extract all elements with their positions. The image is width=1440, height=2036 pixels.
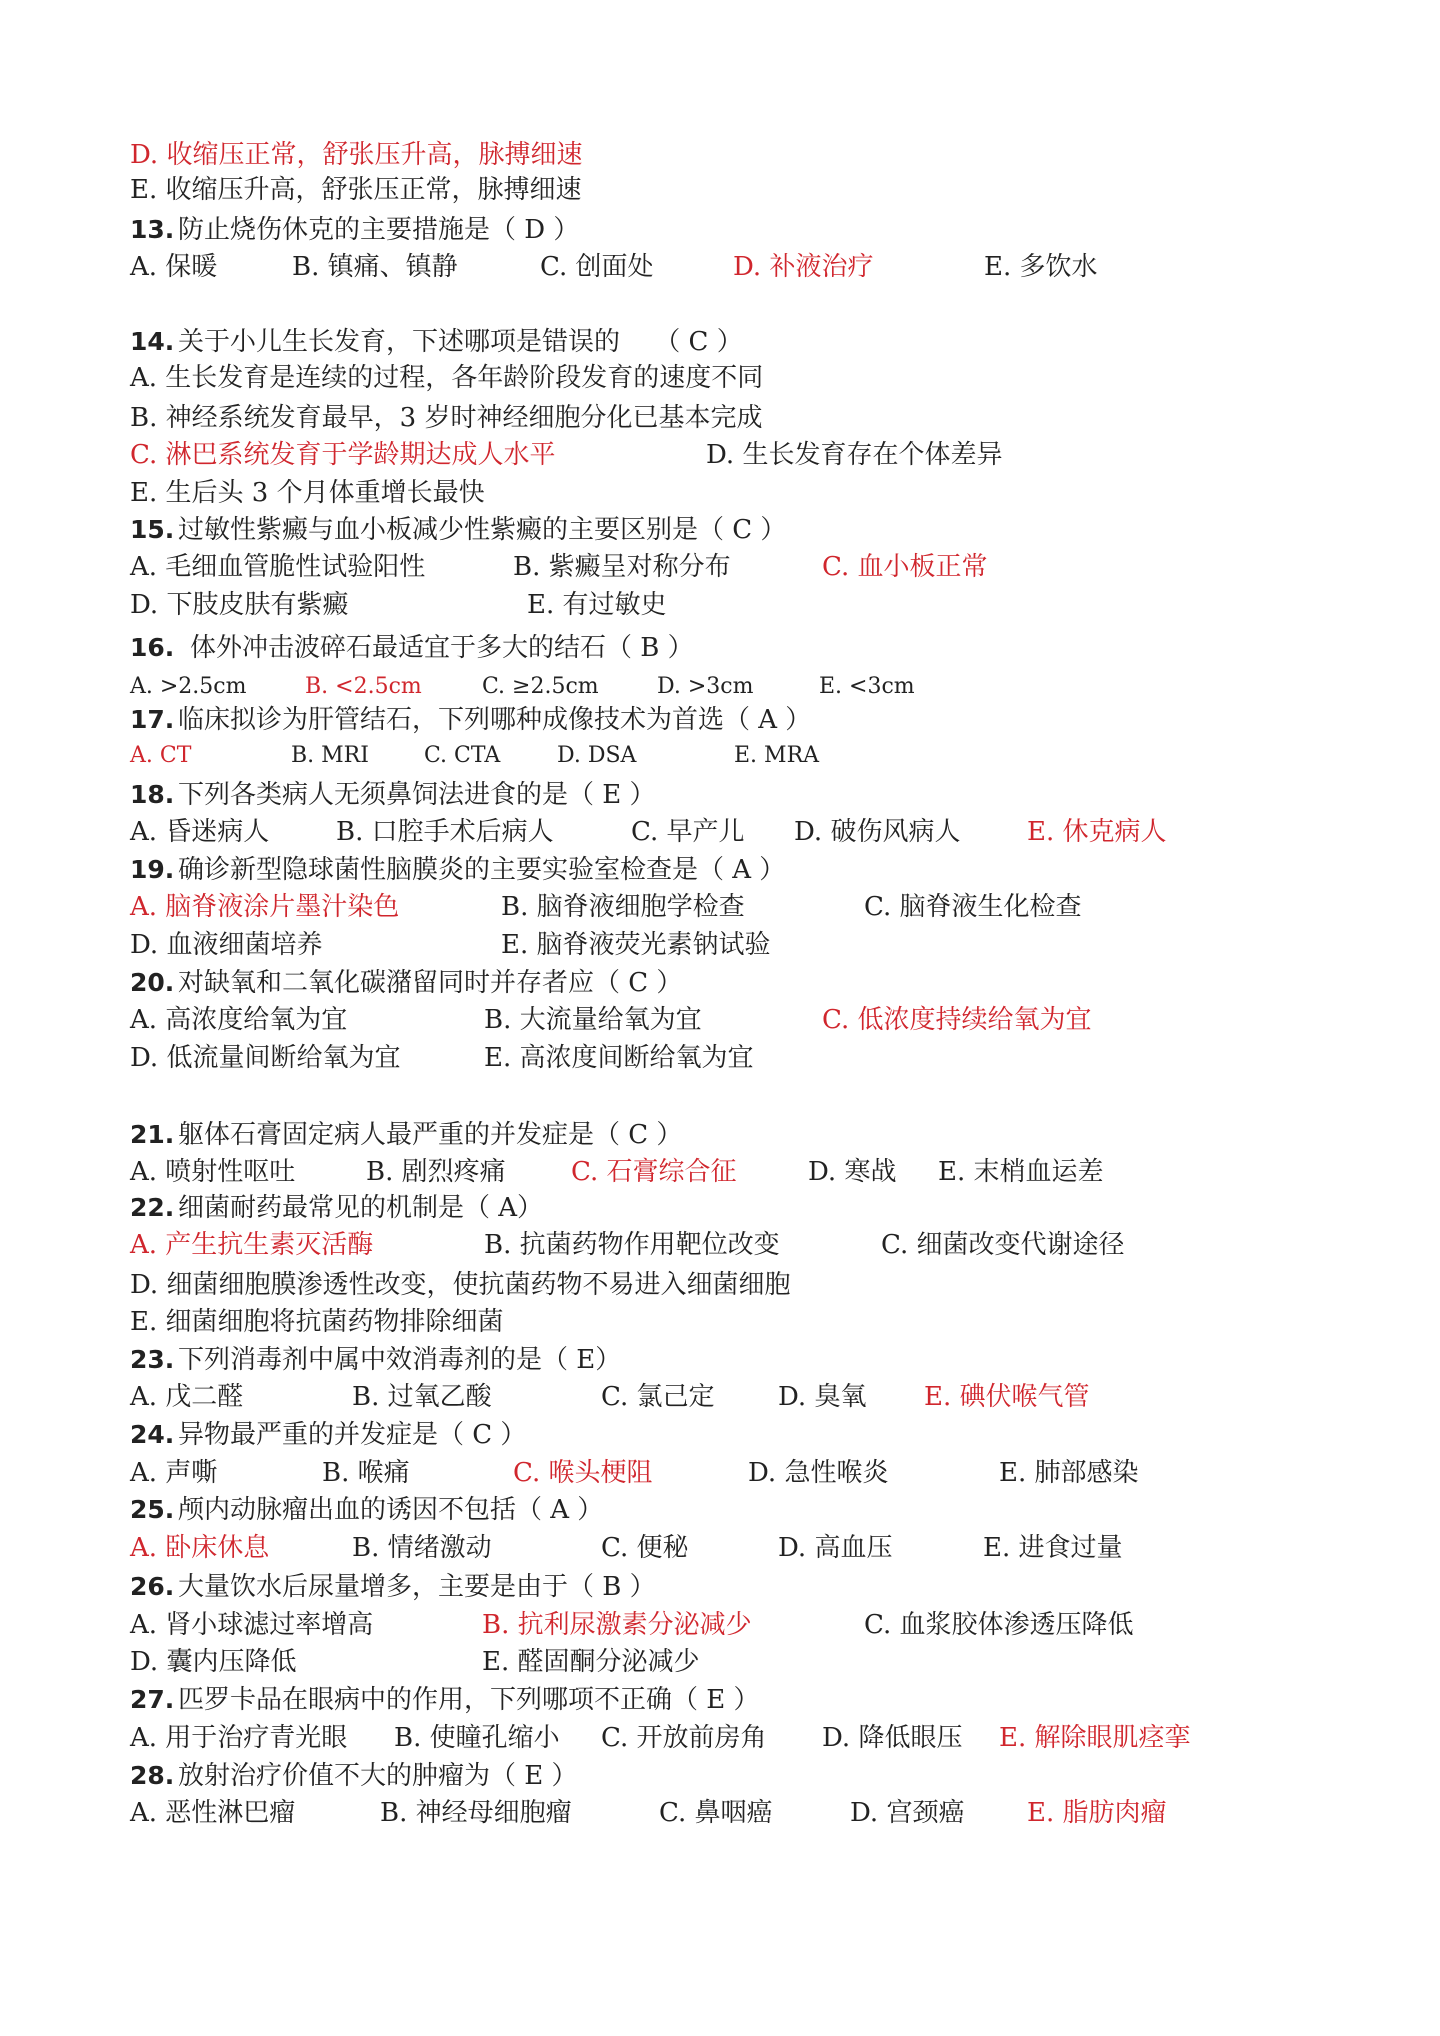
question-number: 21.: [130, 1116, 174, 1154]
question-text: 下列各类病人无须鼻饲法进食的是（ E ）: [178, 776, 656, 814]
answer-option: D. DSA: [557, 737, 636, 775]
answer-option: B. 口腔手术后病人: [336, 813, 554, 851]
answer-option: C. 便秘: [601, 1529, 689, 1567]
answer-option: D. 细菌细胞膜渗透性改变，使抗菌药物不易进入细菌细胞: [130, 1266, 790, 1304]
option-line: A. 用于治疗青光眼B. 使瞳孔缩小C. 开放前房角D. 降低眼压E. 解除眼肌…: [0, 1719, 1440, 1757]
question-text: 下列消毒剂中属中效消毒剂的是（ E）: [178, 1341, 621, 1379]
answer-option: B. 喉痛: [322, 1454, 410, 1492]
answer-option: B. 剧烈疼痛: [366, 1153, 506, 1191]
answer-option: D. 臭氧: [778, 1378, 866, 1416]
option-line: E. 生后头 3 个月体重增长最快: [0, 474, 1440, 512]
question-number: 17.: [130, 701, 174, 739]
option-line: A. CTB. MRIC. CTAD. DSAE. MRA: [0, 737, 1440, 775]
answer-option: D. 降低眼压: [822, 1719, 962, 1757]
answer-option: E. 末梢血运差: [938, 1153, 1104, 1191]
correct-answer-option: C. 低浓度持续给氧为宜: [822, 1001, 1092, 1039]
option-line: D. 收缩压正常，舒张压升高，脉搏细速: [0, 136, 1440, 174]
question-text: 躯体石膏固定病人最严重的并发症是（ C ）: [178, 1116, 682, 1154]
answer-option: D. 破伤风病人: [794, 813, 960, 851]
question-line: 23.下列消毒剂中属中效消毒剂的是（ E）: [0, 1341, 1440, 1379]
answer-option: E. 收缩压升高，舒张压正常，脉搏细速: [130, 171, 582, 209]
answer-option: B. 神经母细胞瘤: [380, 1794, 572, 1832]
answer-option: B. 过氧乙酸: [352, 1378, 492, 1416]
answer-option: C. 鼻咽癌: [659, 1794, 773, 1832]
option-line: A. 昏迷病人B. 口腔手术后病人C. 早产儿D. 破伤风病人E. 休克病人: [0, 813, 1440, 851]
answer-option: C. 脑脊液生化检查: [864, 888, 1082, 926]
answer-option: E. 醛固酮分泌减少: [482, 1643, 700, 1681]
answer-option: D. 高血压: [778, 1529, 892, 1567]
answer-option: E. 多饮水: [984, 248, 1098, 286]
answer-option: C. CTA: [424, 737, 500, 775]
correct-answer-option: D. 补液治疗: [733, 248, 873, 286]
question-number: 20.: [130, 964, 174, 1002]
option-line: A. 恶性淋巴瘤B. 神经母细胞瘤C. 鼻咽癌D. 宫颈癌E. 脂肪肉瘤: [0, 1794, 1440, 1832]
answer-option: B. 神经系统发育最早，3 岁时神经细胞分化已基本完成: [130, 399, 762, 437]
option-line: E. 收缩压升高，舒张压正常，脉搏细速: [0, 171, 1440, 209]
answer-option: D. 宫颈癌: [850, 1794, 964, 1832]
question-number: 18.: [130, 776, 174, 814]
correct-answer-option: A. 脑脊液涂片墨汁染色: [130, 888, 399, 926]
question-text: 临床拟诊为肝管结石，下列哪种成像技术为首选（ A ）: [178, 701, 811, 739]
correct-answer-option: E. 解除眼肌痉挛: [999, 1719, 1191, 1757]
question-text: 体外冲击波碎石最适宜于多大的结石（ B ）: [190, 629, 694, 667]
answer-option: D. 急性喉炎: [748, 1454, 888, 1492]
answer-option: A. 声嘶: [130, 1454, 217, 1492]
question-number: 26.: [130, 1568, 174, 1606]
answer-option: E. 生后头 3 个月体重增长最快: [130, 474, 485, 512]
answer-option: B. 紫癜呈对称分布: [513, 548, 731, 586]
question-number: 14.: [130, 323, 174, 361]
question-text: 过敏性紫癜与血小板减少性紫癜的主要区别是（ C ）: [178, 511, 786, 549]
option-line: A. 保暖B. 镇痛、镇静C. 创面处D. 补液治疗E. 多饮水: [0, 248, 1440, 286]
question-line: 26.大量饮水后尿量增多，主要是由于（ B ）: [0, 1568, 1440, 1606]
question-line: 18.下列各类病人无须鼻饲法进食的是（ E ）: [0, 776, 1440, 814]
answer-option: A. 高浓度给氧为宜: [130, 1001, 347, 1039]
option-line: D. 低流量间断给氧为宜E. 高浓度间断给氧为宜: [0, 1039, 1440, 1077]
answer-option: C. 开放前房角: [601, 1719, 767, 1757]
answer-option: A. 用于治疗青光眼: [130, 1719, 347, 1757]
question-line: 15.过敏性紫癜与血小板减少性紫癜的主要区别是（ C ）: [0, 511, 1440, 549]
correct-answer-option: E. 碘伏喉气管: [924, 1378, 1090, 1416]
option-line: A. 高浓度给氧为宜B. 大流量给氧为宜C. 低浓度持续给氧为宜: [0, 1001, 1440, 1039]
question-number: 16.: [130, 629, 174, 667]
option-line: D. 细菌细胞膜渗透性改变，使抗菌药物不易进入细菌细胞: [0, 1266, 1440, 1304]
answer-option: D. 生长发育存在个体差异: [706, 436, 1002, 474]
question-text: 对缺氧和二氧化碳潴留同时并存者应（ C ）: [178, 964, 682, 1002]
correct-answer-option: C. 喉头梗阻: [513, 1454, 653, 1492]
option-line: C. 淋巴系统发育于学龄期达成人水平D. 生长发育存在个体差异: [0, 436, 1440, 474]
question-text: 防止烧伤休克的主要措施是（ D ）: [178, 211, 579, 249]
answer-option: C. 血浆胶体渗透压降低: [864, 1606, 1134, 1644]
correct-answer-option: E. 休克病人: [1027, 813, 1167, 851]
correct-answer-option: D. 收缩压正常，舒张压升高，脉搏细速: [130, 136, 582, 174]
answer-option: A. 毛细血管脆性试验阳性: [130, 548, 425, 586]
answer-option: E. MRA: [734, 737, 819, 775]
option-line: A. 肾小球滤过率增高B. 抗利尿激素分泌减少C. 血浆胶体渗透压降低: [0, 1606, 1440, 1644]
answer-option: A. 戊二醛: [130, 1378, 243, 1416]
answer-option: A. 生长发育是连续的过程，各年龄阶段发育的速度不同: [130, 359, 763, 397]
option-line: A. 产生抗生素灭活酶B. 抗菌药物作用靶位改变C. 细菌改变代谢途径: [0, 1226, 1440, 1264]
answer-option: C. 早产儿: [631, 813, 745, 851]
correct-answer-option: C. 血小板正常: [822, 548, 988, 586]
option-line: E. 细菌细胞将抗菌药物排除细菌: [0, 1303, 1440, 1341]
answer-option: B. MRI: [291, 737, 369, 775]
answer-option: A. 保暖: [130, 248, 217, 286]
answer-option: E. 高浓度间断给氧为宜: [484, 1039, 754, 1077]
option-line: A. 毛细血管脆性试验阳性B. 紫癜呈对称分布C. 血小板正常: [0, 548, 1440, 586]
question-number: 13.: [130, 211, 174, 249]
question-line: 17.临床拟诊为肝管结石，下列哪种成像技术为首选（ A ）: [0, 701, 1440, 739]
question-text: 放射治疗价值不大的肿瘤为（ E ）: [178, 1757, 578, 1795]
correct-answer-option: A. 产生抗生素灭活酶: [130, 1226, 373, 1264]
question-line: 19.确诊新型隐球菌性脑膜炎的主要实验室检查是（ A ）: [0, 851, 1440, 889]
question-number: 15.: [130, 511, 174, 549]
exam-page: D. 收缩压正常，舒张压升高，脉搏细速E. 收缩压升高，舒张压正常，脉搏细速13…: [0, 0, 1440, 2036]
answer-option: D. 低流量间断给氧为宜: [130, 1039, 400, 1077]
answer-option: D. 下肢皮肤有紫癜: [130, 586, 348, 624]
option-line: B. 神经系统发育最早，3 岁时神经细胞分化已基本完成: [0, 399, 1440, 437]
option-line: A. 脑脊液涂片墨汁染色B. 脑脊液细胞学检查C. 脑脊液生化检查: [0, 888, 1440, 926]
question-number: 27.: [130, 1681, 174, 1719]
question-number: 23.: [130, 1341, 174, 1379]
question-line: 16.体外冲击波碎石最适宜于多大的结石（ B ）: [0, 629, 1440, 667]
correct-answer-option: B. 抗利尿激素分泌减少: [482, 1606, 752, 1644]
answer-option: D. 血液细菌培养: [130, 926, 322, 964]
question-line: 13.防止烧伤休克的主要措施是（ D ）: [0, 211, 1440, 249]
answer-option: B. 使瞳孔缩小: [394, 1719, 560, 1757]
answer-option: B. 抗菌药物作用靶位改变: [484, 1226, 780, 1264]
question-number: 24.: [130, 1416, 174, 1454]
option-line: A. 卧床休息B. 情绪激动C. 便秘D. 高血压E. 进食过量: [0, 1529, 1440, 1567]
option-line: A. 戊二醛B. 过氧乙酸C. 氯己定D. 臭氧E. 碘伏喉气管: [0, 1378, 1440, 1416]
option-line: A. 喷射性呕吐B. 剧烈疼痛C. 石膏综合征D. 寒战E. 末梢血运差: [0, 1153, 1440, 1191]
question-text: 确诊新型隐球菌性脑膜炎的主要实验室检查是（ A ）: [178, 851, 785, 889]
question-line: 27.匹罗卡品在眼病中的作用，下列哪项不正确（ E ）: [0, 1681, 1440, 1719]
answer-option: A. 昏迷病人: [130, 813, 269, 851]
question-line: 21.躯体石膏固定病人最严重的并发症是（ C ）: [0, 1116, 1440, 1154]
answer-option: A. 肾小球滤过率增高: [130, 1606, 373, 1644]
option-line: D. 血液细菌培养E. 脑脊液荧光素钠试验: [0, 926, 1440, 964]
question-number: 28.: [130, 1757, 174, 1795]
question-line: 24.异物最严重的并发症是（ C ）: [0, 1416, 1440, 1454]
question-text: 细菌耐药最常见的机制是（ A）: [178, 1189, 543, 1227]
correct-answer-option: C. 淋巴系统发育于学龄期达成人水平: [130, 436, 556, 474]
option-line: A. 声嘶B. 喉痛C. 喉头梗阻D. 急性喉炎E. 肺部感染: [0, 1454, 1440, 1492]
answer-option: E. 肺部感染: [999, 1454, 1139, 1492]
answer-option: E. 有过敏史: [527, 586, 667, 624]
answer-option: C. 创面处: [540, 248, 654, 286]
option-line: D. 下肢皮肤有紫癜E. 有过敏史: [0, 586, 1440, 624]
question-number: 25.: [130, 1491, 174, 1529]
question-number: 22.: [130, 1189, 174, 1227]
question-text: 关于小儿生长发育，下述哪项是错误的 （ C ）: [178, 323, 743, 361]
question-line: 25.颅内动脉瘤出血的诱因不包括（ A ）: [0, 1491, 1440, 1529]
answer-option: C. 氯己定: [601, 1378, 715, 1416]
correct-answer-option: A. CT: [130, 737, 191, 775]
question-text: 异物最严重的并发症是（ C ）: [178, 1416, 526, 1454]
option-line: A. 生长发育是连续的过程，各年龄阶段发育的速度不同: [0, 359, 1440, 397]
question-line: 14.关于小儿生长发育，下述哪项是错误的 （ C ）: [0, 323, 1440, 361]
answer-option: B. 大流量给氧为宜: [484, 1001, 702, 1039]
question-text: 颅内动脉瘤出血的诱因不包括（ A ）: [178, 1491, 603, 1529]
question-text: 匹罗卡品在眼病中的作用，下列哪项不正确（ E ）: [178, 1681, 760, 1719]
answer-option: B. 脑脊液细胞学检查: [501, 888, 745, 926]
answer-option: E. 脑脊液荧光素钠试验: [501, 926, 771, 964]
question-line: 22.细菌耐药最常见的机制是（ A）: [0, 1189, 1440, 1227]
question-line: 20.对缺氧和二氧化碳潴留同时并存者应（ C ）: [0, 964, 1440, 1002]
answer-option: D. 寒战: [808, 1153, 896, 1191]
correct-answer-option: C. 石膏综合征: [571, 1153, 737, 1191]
answer-option: B. 镇痛、镇静: [292, 248, 458, 286]
option-line: D. 囊内压降低E. 醛固酮分泌减少: [0, 1643, 1440, 1681]
correct-answer-option: E. 脂肪肉瘤: [1027, 1794, 1167, 1832]
answer-option: B. 情绪激动: [352, 1529, 492, 1567]
answer-option: A. 恶性淋巴瘤: [130, 1794, 295, 1832]
answer-option: E. 进食过量: [983, 1529, 1123, 1567]
correct-answer-option: A. 卧床休息: [130, 1529, 269, 1567]
answer-option: C. 细菌改变代谢途径: [881, 1226, 1125, 1264]
question-line: 28.放射治疗价值不大的肿瘤为（ E ）: [0, 1757, 1440, 1795]
question-text: 大量饮水后尿量增多，主要是由于（ B ）: [178, 1568, 656, 1606]
answer-option: D. 囊内压降低: [130, 1643, 296, 1681]
answer-option: A. 喷射性呕吐: [130, 1153, 295, 1191]
answer-option: E. 细菌细胞将抗菌药物排除细菌: [130, 1303, 504, 1341]
question-number: 19.: [130, 851, 174, 889]
